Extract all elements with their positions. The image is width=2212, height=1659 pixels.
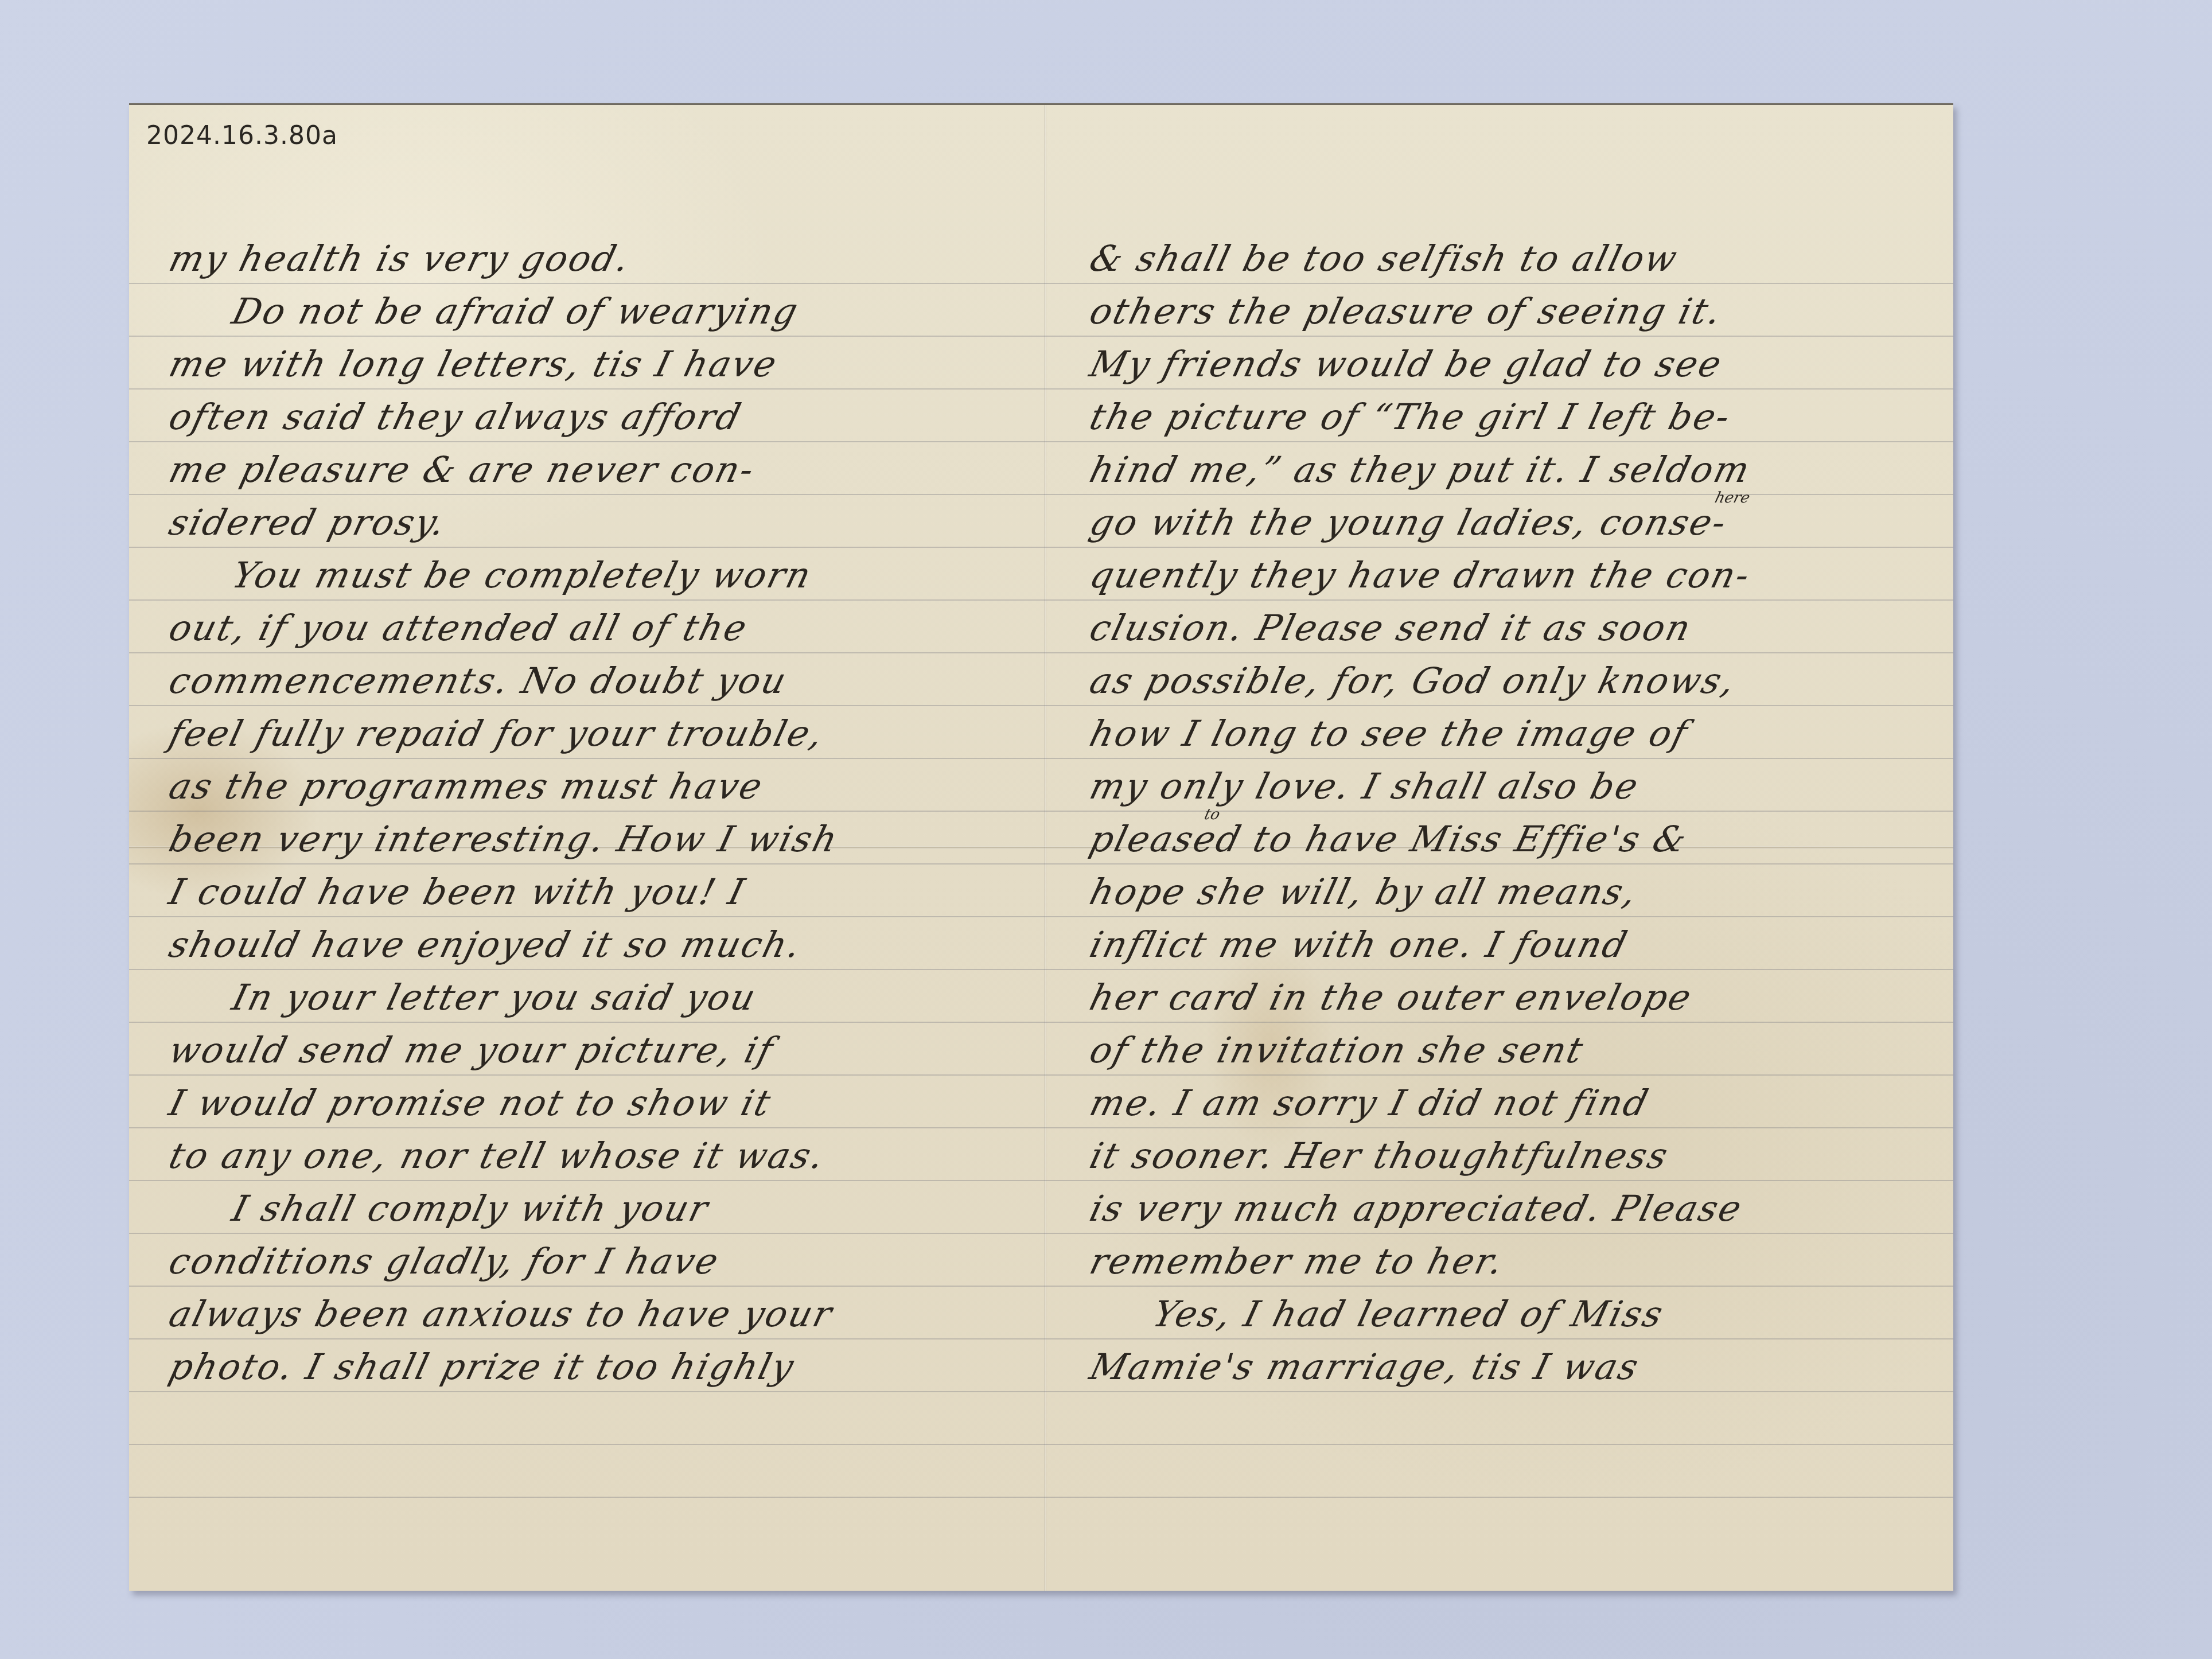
handwritten-line: others the pleasure of seeing it. <box>1084 285 1952 338</box>
handwritten-line: photo. I shall prize it too highly <box>163 1341 1031 1393</box>
handwritten-line: should have enjoyed it so much. <box>163 918 1031 971</box>
handwritten-line: inflict me with one. I found <box>1084 918 1952 971</box>
handwritten-line: Mamie's marriage, tis I was <box>1084 1341 1952 1393</box>
handwritten-line: conditions gladly, for I have <box>163 1235 1031 1288</box>
handwritten-line: Yes, I had learned of Miss <box>1084 1288 1952 1341</box>
handwritten-line: her card in the outer envelope <box>1084 971 1952 1024</box>
handwritten-line: the picture of “The girl I left be- <box>1084 391 1952 443</box>
interlinear-insertion: here <box>1713 489 1751 507</box>
handwritten-line: I would promise not to show it <box>163 1077 1031 1130</box>
handwritten-line: feel fully repaid for your trouble, <box>163 707 1031 760</box>
handwritten-line: hind me,” as they put it. I seldom <box>1084 443 1952 496</box>
handwritten-line: to any one, nor tell whose it was. <box>163 1130 1031 1182</box>
handwritten-line: my health is very good. <box>163 232 1031 285</box>
handwritten-line: go with the young ladies, conse- <box>1084 496 1952 549</box>
handwritten-line: quently they have drawn the con- <box>1084 549 1952 602</box>
handwritten-line: commencements. No doubt you <box>163 655 1031 707</box>
handwritten-line: as possible, for, God only knows, <box>1084 655 1952 707</box>
rule-line <box>129 1497 1953 1498</box>
handwritten-line: out, if you attended all of the <box>163 602 1031 655</box>
handwritten-line: I shall comply with your <box>163 1182 1031 1235</box>
handwritten-line: of the invitation she sent <box>1084 1024 1952 1077</box>
accession-number: 2024.16.3.80a <box>146 121 338 150</box>
handwritten-line: clusion. Please send it as soon <box>1084 602 1952 655</box>
handwritten-line: it sooner. Her thoughtfulness <box>1084 1130 1952 1182</box>
handwritten-line: Do not be afraid of wearying <box>163 285 1031 338</box>
handwritten-line: sidered prosy. <box>163 496 1031 549</box>
handwritten-line: me with long letters, tis I have <box>163 338 1031 391</box>
handwritten-line: would send me your picture, if <box>163 1024 1031 1077</box>
handwritten-line: is very much appreciated. Please <box>1084 1182 1952 1235</box>
handwritten-line: In your letter you said you <box>163 971 1031 1024</box>
handwritten-line: been very interesting. How I wish <box>163 813 1031 866</box>
left-page-text: my health is very good.Do not be afraid … <box>163 232 1018 1393</box>
handwritten-line: & shall be too selfish to allow <box>1084 232 1952 285</box>
handwritten-line: hope she will, by all means, <box>1084 866 1952 918</box>
handwritten-line: You must be completely worn <box>163 549 1031 602</box>
handwritten-line: me. I am sorry I did not find <box>1084 1077 1952 1130</box>
handwritten-line: I could have been with you! I <box>163 866 1031 918</box>
handwritten-line: My friends would be glad to see <box>1084 338 1952 391</box>
letter-sheet: 2024.16.3.80a my health is very good.Do … <box>129 103 1953 1591</box>
handwritten-line: me pleasure & are never con- <box>163 443 1031 496</box>
handwritten-line: always been anxious to have your <box>163 1288 1031 1341</box>
handwritten-line: as the programmes must have <box>163 760 1031 813</box>
handwritten-line: often said they always afford <box>163 391 1031 443</box>
handwritten-line: remember me to her. <box>1084 1235 1952 1288</box>
rule-line <box>129 1444 1953 1445</box>
handwritten-line: how I long to see the image of <box>1084 707 1952 760</box>
handwritten-line: my only love. I shall also be <box>1084 760 1952 813</box>
right-page-text: & shall be too selfish to allowothers th… <box>1084 232 1939 1393</box>
